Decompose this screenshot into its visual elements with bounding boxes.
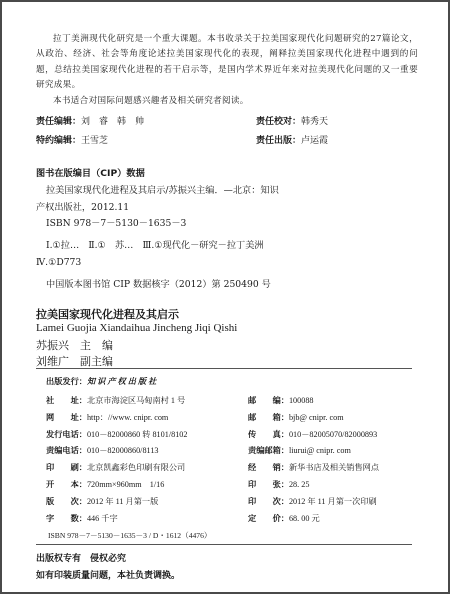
publisher-logo-text: 知识产权出版社: [87, 376, 158, 386]
imprint-label: 网 址：: [46, 412, 87, 423]
imprint-row: 经 销：新华书店及相关销售网点: [248, 462, 379, 473]
credit-value: 韩秀天: [301, 117, 328, 127]
divider-line: [36, 368, 412, 369]
imprint-label: 传 真：: [248, 429, 289, 440]
credit-special-editor: 特约编辑：王雪芝: [36, 133, 108, 146]
copyright-notice: 出版权专有 侵权必究: [36, 551, 126, 564]
imprint-row: 开 本：720mm×960mm 1/16: [46, 479, 164, 490]
imprint-row: 发行电话：010－82000860 转 8101/8102: [46, 429, 187, 440]
credit-label: 特约编辑：: [36, 136, 81, 146]
credit-editor: 责任编辑：刘 睿 韩 帅: [36, 114, 144, 127]
imprint-value: bjb@ cnipr. com: [289, 413, 344, 422]
credit-value: 刘 睿 韩 帅: [81, 117, 144, 127]
cip-line: Ⅰ.①拉… Ⅱ.① 苏… Ⅲ.①现代化－研究－拉丁美洲: [46, 237, 264, 254]
imprint-label: 社 址：: [46, 395, 87, 406]
credit-publishing: 责任出版：卢运霞: [256, 133, 328, 146]
imprint-value: 68. 00 元: [289, 514, 320, 523]
imprint-row: 字 数：446 千字: [46, 513, 118, 524]
imprint-label: 印 刷：: [46, 462, 87, 473]
imprint-value: http：//www. cnipr. com: [87, 413, 168, 422]
imprint-label: 发行电话：: [46, 429, 87, 440]
imprint-row: 印 刷：北京凯鑫彩色印刷有限公司: [46, 462, 185, 473]
imprint-value: 28. 25: [289, 480, 309, 489]
imprint-label: 邮 箱：: [248, 412, 289, 423]
imprint-row: 邮 编：100088: [248, 395, 314, 406]
imprint-value: 2012 年 11 月第一版: [87, 497, 158, 506]
imprint-label: 责编邮箱：: [248, 445, 289, 456]
credit-label: 责任校对：: [256, 117, 301, 127]
imprint-value: 北京凯鑫彩色印刷有限公司: [87, 463, 185, 472]
deputy-editor: 刘维广 副主编: [36, 353, 113, 369]
imprint-label: 责编电话：: [46, 445, 87, 456]
imprint-label: 出版发行：: [46, 376, 87, 387]
chief-editor: 苏振兴 主 编: [36, 337, 113, 353]
imprint-value: 010－82000860 转 8101/8102: [87, 430, 188, 439]
isbn-value: ISBN 978－7－5130－1635－3 / D・1612（4476）: [48, 531, 211, 540]
imprint-value: 100088: [289, 396, 314, 405]
imprint-value: 北京市海淀区马甸南村 1 号: [87, 396, 185, 405]
imprint-label: 印 次：: [248, 496, 289, 507]
imprint-value: 010－82005070/82000893: [289, 430, 377, 439]
imprint-label: 开 本：: [46, 479, 87, 490]
isbn-line: ISBN 978－7－5130－1635－3 / D・1612（4476）: [48, 530, 211, 541]
book-title: 拉美国家现代化进程及其启示: [36, 306, 179, 322]
quality-notice: 如有印装质量问题，本社负责调换。: [36, 568, 180, 581]
imprint-value: 446 千字: [87, 514, 118, 523]
imprint-publisher: 出版发行：知识产权出版社: [46, 376, 158, 387]
imprint-row: 社 址：北京市海淀区马甸南村 1 号: [46, 395, 185, 406]
copyright-page: 拉丁美洲现代化研究是一个重大课题。本书收录关于拉美国家现代化问题研究的27篇论文…: [0, 0, 450, 594]
cip-line: 产权出版社，2012.11: [36, 199, 129, 216]
summary-paragraph: 拉丁美洲现代化研究是一个重大课题。本书收录关于拉美国家现代化问题研究的27篇论文…: [36, 32, 418, 94]
imprint-value: 010－82000860/8113: [87, 446, 159, 455]
imprint-value: 720mm×960mm 1/16: [87, 480, 164, 489]
imprint-row: 定 价：68. 00 元: [248, 513, 320, 524]
book-summary: 拉丁美洲现代化研究是一个重大课题。本书收录关于拉美国家现代化问题研究的27篇论文…: [36, 32, 418, 109]
imprint-row: 邮 箱：bjb@ cnipr. com: [248, 412, 344, 423]
imprint-label: 定 价：: [248, 513, 289, 524]
credit-value: 王雪芝: [81, 136, 108, 146]
imprint-label: 版 次：: [46, 496, 87, 507]
cip-line: ISBN 978－7－5130－1635－3: [46, 215, 186, 232]
imprint-label: 邮 编：: [248, 395, 289, 406]
cip-line: 拉美国家现代化进程及其启示/苏振兴主编．—北京：知识: [46, 182, 279, 199]
imprint-row: 传 真：010－82005070/82000893: [248, 429, 377, 440]
summary-paragraph: 本书适合对国际问题感兴趣者及相关研究者阅读。: [36, 94, 418, 109]
imprint-row: 责编电话：010－82000860/8113: [46, 445, 159, 456]
imprint-row: 网 址：http：//www. cnipr. com: [46, 412, 168, 423]
imprint-value: 新华书店及相关销售网点: [289, 463, 379, 472]
imprint-row: 印 张：28. 25: [248, 479, 309, 490]
imprint-label: 经 销：: [248, 462, 289, 473]
cip-line: 中国版本图书馆 CIP 数据核字（2012）第 250490 号: [46, 276, 271, 293]
imprint-label: 印 张：: [248, 479, 289, 490]
imprint-value: 2012 年 11 月第一次印刷: [289, 497, 377, 506]
cip-line: Ⅳ.①D773: [36, 254, 81, 271]
credit-label: 责任编辑：: [36, 117, 81, 127]
book-title-pinyin: Lamei Guojia Xiandaihua Jincheng Jiqi Qi…: [36, 322, 237, 334]
imprint-row: 印 次：2012 年 11 月第一次印刷: [248, 496, 377, 507]
imprint-row: 责编邮箱：liurui@ cnipr. com: [248, 445, 351, 456]
credit-label: 责任出版：: [256, 136, 301, 146]
imprint-label: 字 数：: [46, 513, 87, 524]
cip-heading: 图书在版编目（CIP）数据: [36, 165, 145, 179]
credit-value: 卢运霞: [301, 136, 328, 146]
credit-proofreader: 责任校对：韩秀天: [256, 114, 328, 127]
divider-line: [36, 544, 412, 545]
imprint-value: liurui@ cnipr. com: [289, 446, 351, 455]
imprint-row: 版 次：2012 年 11 月第一版: [46, 496, 158, 507]
